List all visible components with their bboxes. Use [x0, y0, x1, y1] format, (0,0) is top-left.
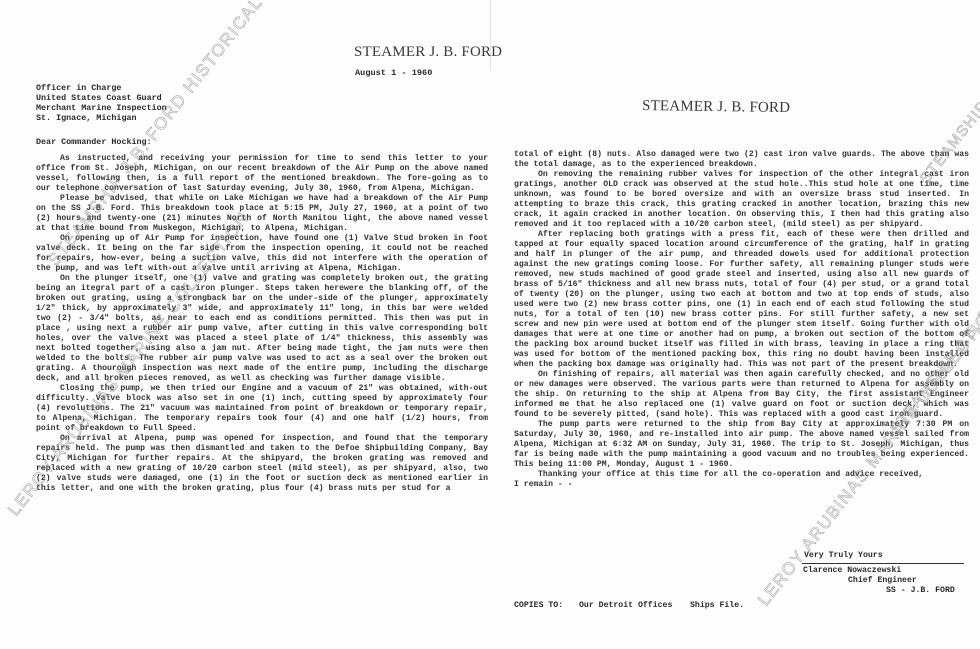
address-line: St. Ignace, Michigan	[36, 113, 167, 123]
closing: I remain - -	[514, 480, 969, 490]
address-line: Merchant Marine Inspection	[36, 103, 167, 113]
paragraph: On removing the remaining rubber valves …	[514, 170, 969, 230]
letter-date: August 1 - 1960	[355, 68, 432, 78]
copies-label: COPIES TO:	[514, 601, 563, 610]
signer-ship: SS - J.B. FORD	[886, 586, 955, 595]
signer-title: Chief Engineer	[848, 576, 917, 585]
paragraph: After replacing both gratings with a pre…	[514, 230, 969, 370]
letterhead-page-2: STEAMER J. B. FORD	[642, 98, 790, 117]
paragraph: On arrival at Alpena, pump was opened fo…	[36, 434, 488, 494]
address-line: United States Coast Guard	[36, 93, 167, 103]
paragraph: total of eight (8) nuts. Also damaged we…	[514, 150, 969, 170]
letterhead-page-1: STEAMER J. B. FORD	[354, 44, 502, 61]
signer-name: Clarence Nowaczewski	[803, 566, 901, 576]
paragraph: On the plunger itself, one (1) valve and…	[36, 274, 488, 384]
copy-recipient: Ships File.	[690, 601, 744, 610]
paragraph: Thanking your office at this time for al…	[514, 470, 969, 480]
copy-recipient: Our Detroit Offices	[579, 601, 672, 610]
recipient-address: Officer in Charge United States Coast Gu…	[36, 83, 167, 123]
paragraph: On opening up of Air Pump for inspection…	[36, 234, 488, 274]
address-line: Officer in Charge	[36, 83, 167, 93]
signature-line	[802, 563, 964, 564]
valediction: Very Truly Yours	[804, 551, 883, 560]
